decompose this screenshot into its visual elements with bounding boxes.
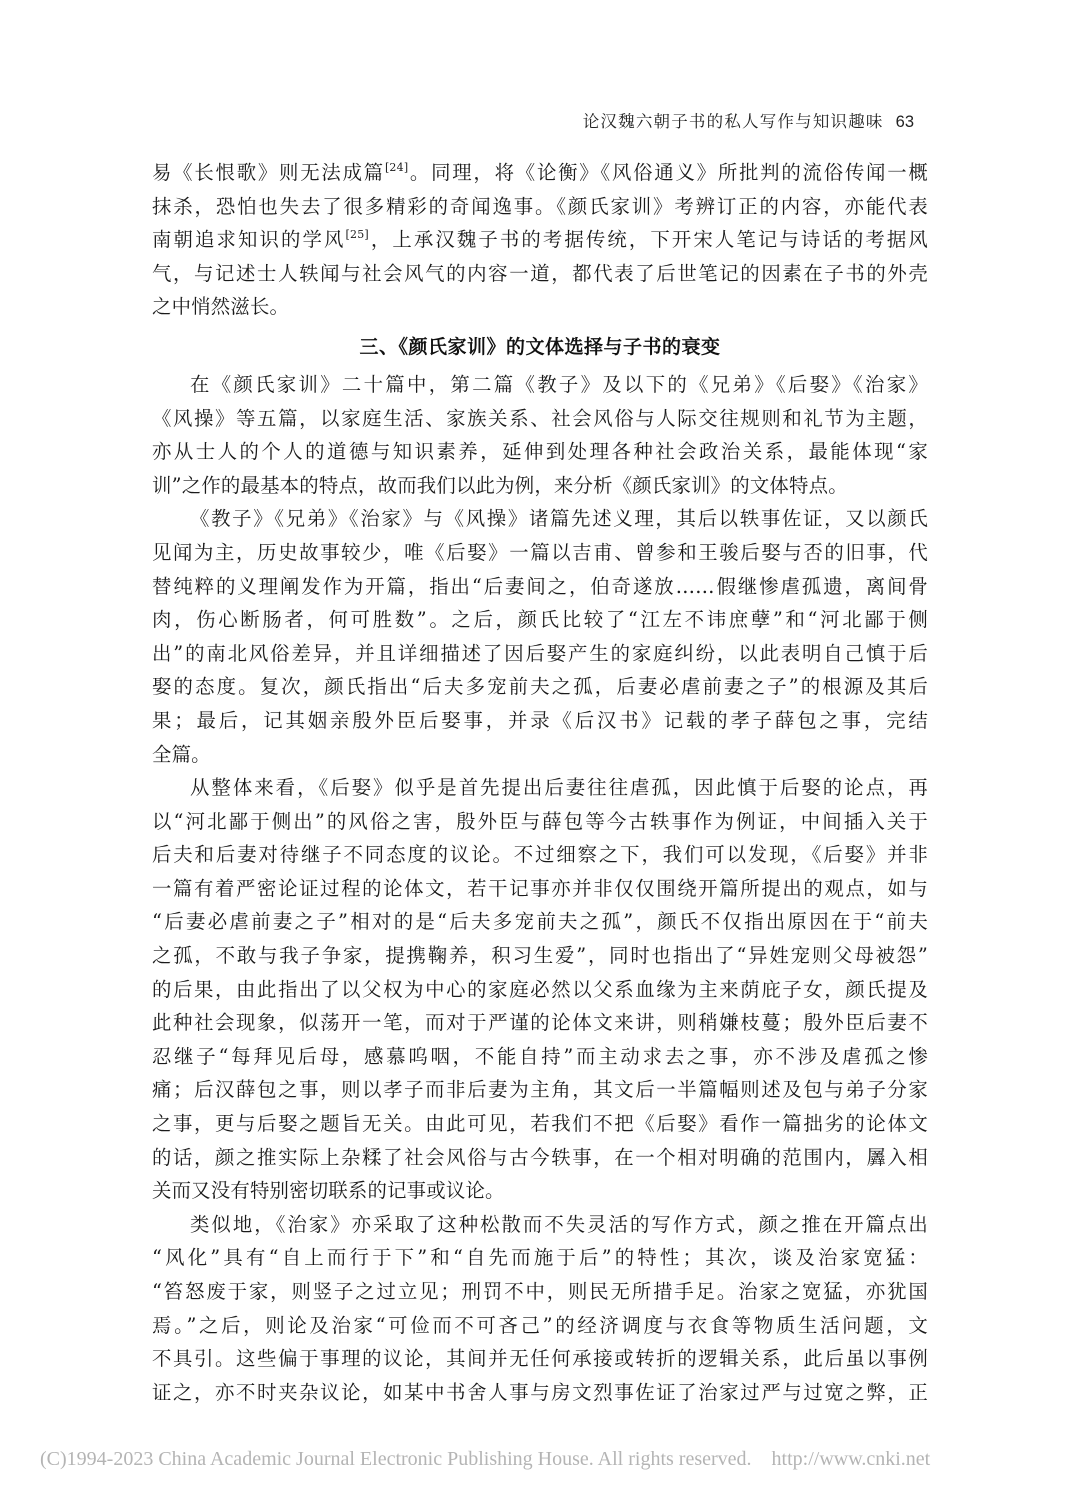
- running-header: 论汉魏六朝子书的私人写作与知识趣味63: [583, 108, 914, 132]
- copyright-footer: (C)1994-2023 China Academic Journal Elec…: [40, 1448, 930, 1471]
- text-line: 关而又没有特别密切联系的记事或议论。: [152, 1174, 928, 1208]
- running-title: 论汉魏六朝子书的私人写作与知识趣味: [583, 112, 884, 131]
- text-line: 替纯粹的义理阐发作为开篇，指出“后妻间之，伯奇遂放……假继惨虐孤遗，离间骨: [152, 570, 928, 604]
- footnote-ref-25[interactable]: [25]: [346, 228, 369, 241]
- footnote-ref-24[interactable]: [24]: [385, 161, 408, 174]
- paragraph-4: 从整体来看，《后娶》似乎是首先提出后妻往往虐孤，因此慎于后娶的论点，再 以“河北…: [152, 771, 928, 1208]
- text-line: 见闻为主，历史故事较少，唯《后娶》一篇以吉甫、曾参和王骏后娶与否的旧事，代: [152, 536, 928, 570]
- text-line: 后夫和后妻对待继子不同态度的议论。不过细察之下，我们可以发现，《后娶》并非: [152, 838, 928, 872]
- paragraph-2: 在《颜氏家训》二十篇中，第二篇《教子》及以下的《兄弟》《后娶》《治家》 《风操》…: [152, 368, 928, 502]
- text-line: 从整体来看，《后娶》似乎是首先提出后妻往往虐孤，因此慎于后娶的论点，再: [152, 771, 928, 805]
- text-line: 抹杀，恐怕也失去了很多精彩的奇闻逸事。《颜氏家训》考辨订正的内容，亦能代表: [152, 190, 928, 224]
- text-line: 娶的态度。复次，颜氏指出“后夫多宠前夫之孤，后妻必虐前妻之子”的根源及其后: [152, 670, 928, 704]
- text-line: 不具引。这些偏于事理的议论，其间并无任何承接或转折的逻辑关系，此后虽以事例: [152, 1342, 928, 1376]
- text-line: 南朝追求知识的学风[25]，上承汉魏子书的考据传统，下开宋人笔记与诗话的考据风: [152, 223, 928, 257]
- text-line: 气，与记述士人轶闻与社会风气的内容一道，都代表了后世笔记的因素在子书的外壳: [152, 257, 928, 291]
- paragraph-1: 易《长恨歌》则无法成篇[24]。同理，将《论衡》《风俗通义》所批判的流俗传闻一概…: [152, 156, 928, 324]
- text-line: 焉。”之后，则论及治家“可俭而不可吝己”的经济调度与衣食等物质生活问题，文: [152, 1309, 928, 1343]
- text-line: 的后果，由此指出了以父权为中心的家庭必然以父系血缘为主来荫庇子女，颜氏提及: [152, 973, 928, 1007]
- paragraph-3: 《教子》《兄弟》《治家》与《风操》诸篇先述义理，其后以轶事佐证，又以颜氏 见闻为…: [152, 502, 928, 771]
- text-line: 之中悄然滋长。: [152, 290, 928, 324]
- cnki-link[interactable]: http://www.cnki.net: [772, 1448, 931, 1470]
- text-line: 出”的南北风俗差异，并且详细描述了因后娶产生的家庭纠纷，以此表明自己慎于后: [152, 637, 928, 671]
- text-line: 以“河北鄙于侧出”的风俗之害，殷外臣与薛包等今古轶事作为例证，中间插入关于: [152, 805, 928, 839]
- text-line: “风化”具有“自上而行于下”和“自先而施于后”的特性；其次，谈及治家宽猛：: [152, 1241, 928, 1275]
- page-number: 63: [896, 113, 914, 131]
- text-line: 之孤，不敢与我子争家，提携鞠养，积习生爱”，同时也指出了“异姓宠则父母被怨”: [152, 939, 928, 973]
- text-line: 《风操》等五篇，以家庭生活、家族关系、社会风俗与人际交往规则和礼节为主题，: [152, 402, 928, 436]
- text-line: 全篇。: [152, 738, 928, 772]
- text-line: 类似地，《治家》亦采取了这种松散而不失灵活的写作方式，颜之推在开篇点出: [152, 1208, 928, 1242]
- text-line: 证之，亦不时夹杂议论，如某中书舍人事与房文烈事佐证了治家过严与过宽之弊，正: [152, 1376, 928, 1410]
- text-line: 一篇有着严密论证过程的论体文，若干记事亦并非仅仅围绕开篇所提出的观点，如与: [152, 872, 928, 906]
- text-line: 果；最后，记其姻亲殷外臣后娶事，并录《后汉书》记载的孝子薛包之事，完结: [152, 704, 928, 738]
- text-line: “笞怒废于家，则竖子之过立见；刑罚不中，则民无所措手足。治家之宽猛，亦犹国: [152, 1275, 928, 1309]
- text-line: 之事，更与后娶之题旨无关。由此可见，若我们不把《后娶》看作一篇拙劣的论体文: [152, 1107, 928, 1141]
- text-line: 《教子》《兄弟》《治家》与《风操》诸篇先述义理，其后以轶事佐证，又以颜氏: [152, 502, 928, 536]
- text-line: 在《颜氏家训》二十篇中，第二篇《教子》及以下的《兄弟》《后娶》《治家》: [152, 368, 928, 402]
- section-heading: 三、《颜氏家训》的文体选择与子书的衰变: [152, 328, 928, 366]
- text-line: 肉，伤心断肠者，何可胜数”。之后，颜氏比较了“江左不讳庶孽”和“河北鄙于侧: [152, 603, 928, 637]
- text-line: “后妻必虐前妻之子”相对的是“后夫多宠前夫之孤”，颜氏不仅指出原因在于“前夫: [152, 905, 928, 939]
- text-line: 此种社会现象，似荡开一笔，而对于严谨的论体文来讲，则稍嫌枝蔓；殷外臣后妻不: [152, 1006, 928, 1040]
- copyright-text: (C)1994-2023 China Academic Journal Elec…: [40, 1448, 752, 1470]
- text-line: 忍继子“每拜见后母，感慕呜咽，不能自持”而主动求去之事，亦不涉及虐孤之惨: [152, 1040, 928, 1074]
- text-line: 的话，颜之推实际上杂糅了社会风俗与古今轶事，在一个相对明确的范围内，羼入相: [152, 1141, 928, 1175]
- text-line: 训”之作的最基本的特点，故而我们以此为例，来分析《颜氏家训》的文体特点。: [152, 469, 928, 503]
- text-line: 易《长恨歌》则无法成篇[24]。同理，将《论衡》《风俗通义》所批判的流俗传闻一概: [152, 156, 928, 190]
- paragraph-5: 类似地，《治家》亦采取了这种松散而不失灵活的写作方式，颜之推在开篇点出 “风化”…: [152, 1208, 928, 1410]
- text-line: 痛；后汉薛包之事，则以孝子而非后妻为主角，其文后一半篇幅则述及包与弟子分家: [152, 1073, 928, 1107]
- article-body: 易《长恨歌》则无法成篇[24]。同理，将《论衡》《风俗通义》所批判的流俗传闻一概…: [152, 156, 928, 1409]
- text-line: 亦从士人的个人的道德与知识素养，延伸到处理各种社会政治关系，最能体现“家: [152, 435, 928, 469]
